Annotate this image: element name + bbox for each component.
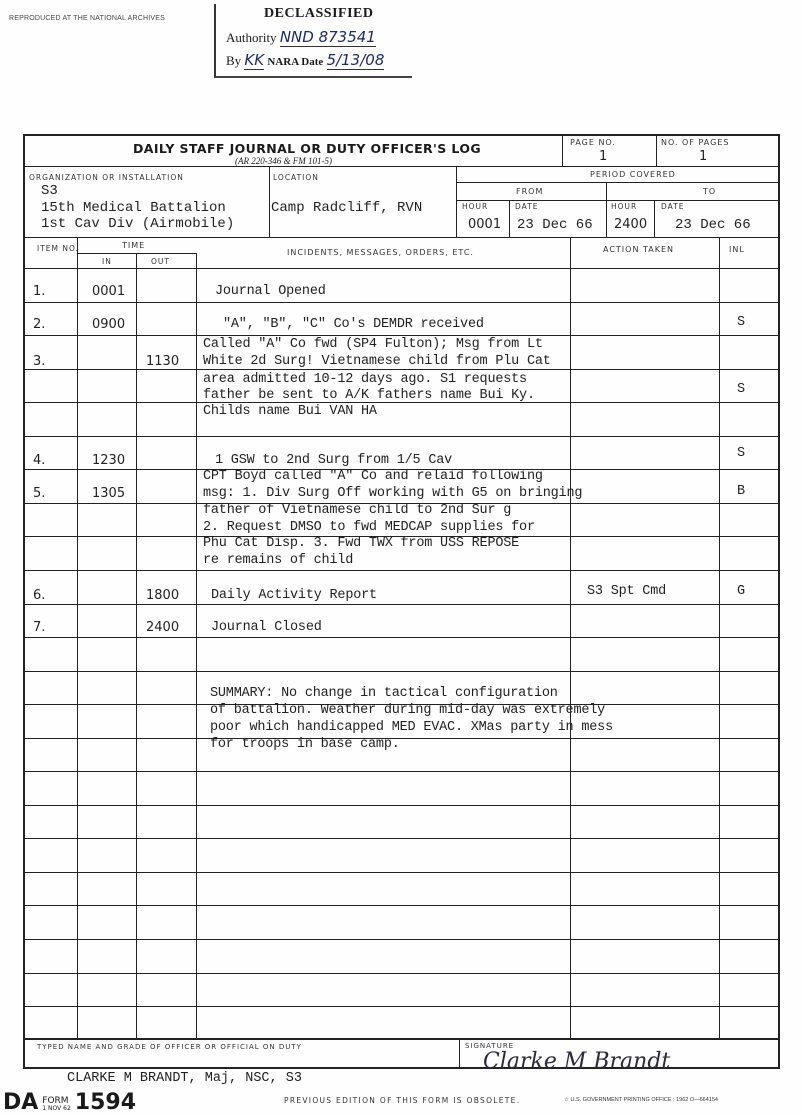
printing-office-note: ☆ U.S. GOVERNMENT PRINTING OFFICE : 1962…	[564, 1097, 718, 1103]
summary-line: of battalion. Weather during mid-day was…	[210, 703, 605, 718]
time-in: 0900	[92, 317, 125, 332]
time-in: 0001	[92, 284, 125, 299]
row-divider	[25, 973, 780, 974]
item-number: 6.	[33, 588, 45, 603]
summary-line: for troops in base camp.	[210, 737, 400, 752]
incident-text-line: Childs name Bui VAN HA	[203, 404, 377, 419]
column-divider	[196, 253, 197, 1038]
row-divider	[25, 570, 780, 571]
time-out: 2400	[146, 620, 179, 635]
incident-text-line: father be sent to A/K fathers name Bui K…	[203, 388, 535, 403]
authority-value: NND 873541	[280, 28, 376, 47]
officer-name: CLARKE M BRANDT, Maj, NSC, S3	[67, 1071, 302, 1086]
inl-initial: B	[737, 484, 745, 499]
by-line: By KK NARA Date 5/13/08	[226, 51, 384, 69]
time-in: 1230	[92, 453, 125, 468]
declassification-stamp: DECLASSIFIED Authority NND 873541 By KK …	[214, 4, 412, 78]
by-value: KK	[244, 51, 264, 70]
row-divider	[25, 436, 780, 437]
inl-initial: G	[737, 584, 745, 599]
row-divider	[25, 302, 780, 303]
staff-journal-form: DAILY STAFF JOURNAL OR DUTY OFFICER'S LO…	[23, 134, 780, 1069]
summary-line: SUMMARY: No change in tactical configura…	[210, 686, 558, 701]
item-number: 3.	[33, 354, 45, 369]
officer-label: TYPED NAME AND GRADE OF OFFICER OR OFFIC…	[37, 1043, 302, 1051]
row-divider	[25, 335, 780, 336]
journal-grid: 1.0001Journal Opened2.0900"A", "B", "C" …	[25, 136, 780, 1069]
nara-date-value: 5/13/08	[327, 51, 385, 70]
incident-text-line: Journal Closed	[211, 620, 322, 635]
summary-line: poor which handicapped MED EVAC. XMas pa…	[210, 720, 613, 735]
row-divider	[25, 637, 780, 638]
incident-text-line: 2. Request DMSO to fwd MEDCAP supplies f…	[203, 520, 535, 535]
time-out: 1130	[146, 354, 179, 369]
nara-date-label: NARA Date	[267, 56, 323, 68]
action-taken: S3 Spt Cmd	[587, 584, 666, 599]
row-divider	[25, 838, 780, 839]
incident-text-line: Phu Cat Disp. 3. Fwd TWX from USS REPOSE	[203, 536, 519, 551]
footer-form-number: 1594	[75, 1090, 136, 1115]
footer-form-label: FORM 1 NOV 62	[42, 1098, 70, 1115]
incident-text-line: CPT Boyd called "A" Co and relaid follow…	[203, 469, 543, 484]
incident-text-line: Journal Opened	[215, 284, 326, 299]
header-divider	[25, 268, 780, 269]
item-number: 4.	[33, 453, 45, 468]
row-divider	[25, 1006, 780, 1007]
item-number: 7.	[33, 620, 45, 635]
archive-note: REPRODUCED AT THE NATIONAL ARCHIVES	[9, 15, 165, 22]
row-divider	[25, 671, 780, 672]
time-out: 1800	[146, 588, 179, 603]
inl-initial: S	[737, 446, 745, 461]
item-number: 1.	[33, 284, 45, 299]
by-label: By	[226, 53, 241, 68]
authority-label: Authority	[226, 30, 277, 45]
incident-text-line: White 2d Surg! Vietnamese child from Plu…	[203, 354, 551, 369]
row-divider	[25, 604, 780, 605]
incident-text-line: msg: 1. Div Surg Off working with G5 on …	[203, 486, 582, 501]
item-number: 5.	[33, 486, 45, 501]
row-divider	[25, 872, 780, 873]
row-divider	[25, 905, 780, 906]
incident-text-line: 1 GSW to 2nd Surg from 1/5 Cav	[215, 453, 452, 468]
signature: Clarke M Brandt	[483, 1049, 670, 1074]
row-divider	[25, 738, 780, 739]
incident-text-line: Daily Activity Report	[211, 588, 377, 603]
time-in: 1305	[92, 486, 125, 501]
row-divider	[25, 939, 780, 940]
form-footer-id: DA FORM 1 NOV 62 1594	[3, 1090, 136, 1115]
obsolete-note: PREVIOUS EDITION OF THIS FORM IS OBSOLET…	[284, 1096, 520, 1105]
authority-line: Authority NND 873541	[226, 28, 376, 46]
incident-text-line: father of Vietnamese child to 2nd Sur g	[203, 503, 511, 518]
row-divider	[25, 805, 780, 806]
incident-text-line: area admitted 10-12 days ago. S1 request…	[203, 372, 527, 387]
footer-da: DA	[3, 1090, 38, 1115]
incident-text-line: Called "A" Co fwd (SP4 Fulton); Msg from…	[203, 337, 543, 352]
incident-text-line: re remains of child	[203, 553, 353, 568]
item-number: 2.	[33, 317, 45, 332]
row-divider	[25, 771, 780, 772]
inl-initial: S	[737, 382, 745, 397]
stamp-title: DECLASSIFIED	[264, 6, 373, 22]
incident-text-line: "A", "B", "C" Co's DEMDR received	[223, 317, 484, 332]
inl-initial: S	[737, 315, 745, 330]
